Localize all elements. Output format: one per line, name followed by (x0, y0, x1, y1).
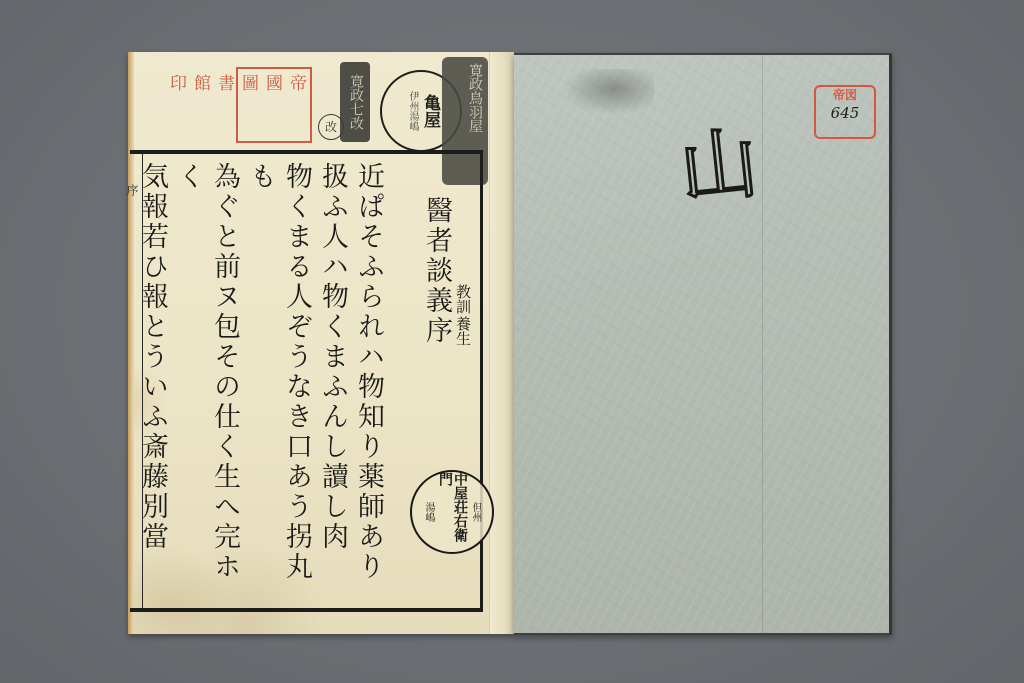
library-call-number: 645 (816, 103, 874, 123)
library-mark: 帝図 (816, 87, 874, 103)
library-number-stamp: 帝図 645 (814, 85, 876, 139)
owner-seal: 但州 中屋荘右衛門 湯嶋 (410, 470, 494, 554)
owner-seal-left: 湯嶋 (423, 502, 434, 522)
red-library-seal: 帝國圖書館印 (236, 67, 312, 143)
text-column: 為ぐと前ヌ包その仕く生へ完ホく (170, 162, 242, 600)
text-column: 気報若ひ報とういふ斎藤別當 (134, 162, 170, 600)
subtitle-right: 養生 (454, 316, 472, 346)
cover-volume-mark: 山 (676, 123, 762, 211)
photo-stage: 帝國圖書館印 改 寛政七改 伊州湯嶋 亀屋 寛政鳥羽屋 序 養生 教訓 醫者談義… (0, 0, 1024, 683)
title-subtitle: 養生 教訓 (454, 162, 472, 346)
page-gutter (489, 52, 514, 634)
text-body: 近ぱそふられハ物知り薬師あり 扱ふ人ハ物くまふんし讀し肉 物くまる人ぞうなき口あ… (146, 162, 450, 600)
subtitle-left: 教訓 (454, 284, 472, 314)
round-seal-center-text: 亀屋 (421, 94, 439, 128)
owner-seal-center: 中屋荘右衛門 (437, 472, 467, 552)
ink-smudge (554, 69, 654, 119)
text-column: 物くまる人ぞうなき口あう拐丸も (242, 162, 314, 600)
text-column: 近ぱそふられハ物知り薬師あり (350, 162, 386, 600)
book-cover: 山 帝図 645 (514, 53, 892, 635)
owner-seal-right: 但州 (470, 502, 481, 522)
left-page: 帝國圖書館印 改 寛政七改 伊州湯嶋 亀屋 寛政鳥羽屋 序 養生 教訓 醫者談義… (128, 52, 514, 634)
cover-crease (762, 55, 763, 633)
text-column: 扱ふ人ハ物くまふんし讀し肉 (314, 162, 350, 600)
black-censor-seal: 寛政七改 (340, 62, 370, 142)
red-seal-text: 帝國圖書館印 (164, 71, 308, 94)
round-seal-side-text: 伊州湯嶋 (406, 91, 418, 131)
